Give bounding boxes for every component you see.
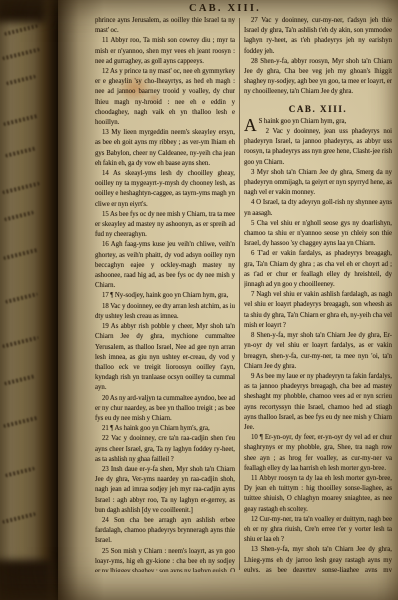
verse-number: 25 <box>102 548 109 555</box>
verse-number: 19 <box>102 323 109 330</box>
verse-number: 8 <box>251 332 254 339</box>
facing-page-text-blur <box>5 292 38 304</box>
verse-paragraph: 14 As skeayl-yms lesh dy chooilley gheay… <box>95 169 235 210</box>
verse-paragraph: 20 As ny ard-valjyn ta cummaltee ayndoo,… <box>95 394 235 425</box>
verse-number: 24 <box>102 517 109 524</box>
verse-paragraph: 16 Agh faag-yms kuse jeu veih'n chliwe, … <box>95 240 235 291</box>
verse-paragraph: phrince ayns Jerusalem, as ooilley thie … <box>95 16 235 36</box>
verse-paragraph: 23 Insh daue er-y-fa shen, Myr shoh ta'n… <box>95 465 235 516</box>
facing-page-text-blur <box>4 374 35 385</box>
verse-number: 2 <box>266 128 269 135</box>
verse-number: 27 <box>251 17 258 24</box>
verse-paragraph: 18 Vac y dooinney, ee dty arran lesh atc… <box>95 302 235 322</box>
verse-paragraph: 27 Vac y dooinney, cur-my-ner, t'adsyn j… <box>244 16 392 57</box>
verse-paragraph: 3 Myr shoh ta'n Chiarn Jee dy ghra, Smer… <box>244 168 392 199</box>
verse-paragraph: 12 As y prince ta ny mast' oc, nee eh gy… <box>95 67 235 128</box>
verse-number: 21 ¶ <box>102 425 113 432</box>
verse-number: 22 <box>102 435 109 442</box>
facing-page-text-blur <box>5 466 35 477</box>
facing-page-text-blur <box>5 146 37 158</box>
verse-paragraph: 10 ¶ Er-yn-oyr, dy feer, er-yn-oyr dy ve… <box>244 433 392 474</box>
verse-paragraph: 25 Son mish y Chiarn : neem's loayrt, as… <box>95 547 235 572</box>
column-divider <box>239 18 240 570</box>
verse-number: 6 <box>251 250 254 257</box>
facing-page-edge <box>0 0 62 600</box>
verse-paragraph: 11 Abbyr roosyn ta dy laa eh lesh morter… <box>244 474 392 515</box>
facing-page-text-blur <box>3 416 38 428</box>
verse-paragraph: 5 Cha vel shiu er n'gholl seose gys ny d… <box>244 219 392 250</box>
verse-paragraph: 15 As bee fys oc dy nee mish y Chiarn, t… <box>95 210 235 241</box>
verse-number: 11 <box>251 475 258 482</box>
verse-number: 23 <box>102 466 109 473</box>
binding-shadow-top <box>0 0 46 22</box>
verse-paragraph: 28 Shen-y-fa, abbyr roosyn, Myr shoh ta'… <box>244 57 392 98</box>
verse-number: 13 <box>102 129 109 136</box>
verse-paragraph: 9 As bee my laue er ny phadeyryn ta faki… <box>244 372 392 433</box>
facing-page-text-blur <box>3 114 39 127</box>
verse-number: 15 <box>102 211 109 218</box>
chapter-heading: CAB. XIII. <box>244 98 392 117</box>
facing-page-text-blur <box>2 181 40 194</box>
verse-paragraph: 21 ¶ As haink goo yn Chiarn hym's, gra, <box>95 424 235 434</box>
verse-paragraph: 13 Shen-y-fa, myr shoh ta'n Chiarn Jee d… <box>244 545 392 572</box>
verse-paragraph: 4 O Israel, ta dty adeyryn goll-rish ny … <box>244 198 392 218</box>
verse-number: 18 <box>102 303 109 310</box>
verse-paragraph: 6 T'ad er vakin fardalys, as phadeyrys b… <box>244 249 392 290</box>
left-column: phrince ayns Jerusalem, as ooilley thie … <box>95 16 235 572</box>
verse-number: 17 ¶ <box>102 292 113 299</box>
running-head: CAB. XIII. <box>110 3 340 14</box>
book-photo: CAB. XIII. phrince ayns Jerusalem, as oo… <box>0 0 398 600</box>
verse-number: 4 <box>251 199 254 206</box>
facing-page-text-blur <box>2 512 36 524</box>
facing-page-text-blur <box>2 47 40 60</box>
facing-page-text-blur <box>2 336 39 349</box>
verse-number: 3 <box>251 169 254 176</box>
verse-number: 20 <box>102 395 109 402</box>
verse-paragraph: 7 Nagh vel shiu er vakin ashlish fardala… <box>244 290 392 331</box>
verse-paragraph: 13 My lieen myrgeddin neem's skeayley er… <box>95 128 235 169</box>
verse-paragraph: 24 Son cha bee arragh ayn ashlish erbee … <box>95 516 235 547</box>
verse-number: 10 ¶ <box>251 434 263 441</box>
verse-dropcap: AS haink goo yn Chiarn hym, gra, <box>244 117 392 127</box>
verse-number: 13 <box>251 546 258 553</box>
verse-number: 11 <box>102 37 109 44</box>
verse-paragraph: 8 Shen-y-fa, myr shoh ta'n Chiarn Jee dy… <box>244 331 392 372</box>
verse-number: 9 <box>251 373 254 380</box>
facing-page-text-blur <box>4 24 38 36</box>
facing-page-text-blur <box>6 74 36 85</box>
verse-number: 5 <box>251 220 254 227</box>
verse-number: 14 <box>102 170 109 177</box>
verse-number: 12 <box>251 516 258 523</box>
drop-cap-letter: A <box>244 117 259 134</box>
facing-page-text-blur <box>4 210 34 221</box>
verse-number: 16 <box>102 241 109 248</box>
verse-number: 7 <box>251 291 254 298</box>
verse-number: 12 <box>102 68 109 75</box>
verse-paragraph: 11 Abbyr roo, Ta mish son cowrey diu ; m… <box>95 36 235 67</box>
facing-page-text-blur <box>3 248 39 261</box>
verse-paragraph: 2 Vac y dooinney, jean uss phadeyrys noi… <box>244 127 392 168</box>
text-block: phrince ayns Jerusalem, as ooilley thie … <box>95 16 392 572</box>
verse-paragraph: 17 ¶ Ny-sodjey, haink goo yn Chiarn hym,… <box>95 291 235 301</box>
right-column: 27 Vac y dooinney, cur-my-ner, t'adsyn j… <box>244 16 392 572</box>
verse-paragraph: 22 Vac y dooinney, cre ta'n raa-cadjin s… <box>95 434 235 465</box>
binding-shadow-bottom <box>0 560 52 600</box>
verse-paragraph: 19 As abbyr rish pobble y cheer, Myr sho… <box>95 322 235 393</box>
verse-paragraph: 12 Cur-my-ner, tra ta'n voalley er duitt… <box>244 515 392 546</box>
verse-number: 28 <box>251 58 258 65</box>
